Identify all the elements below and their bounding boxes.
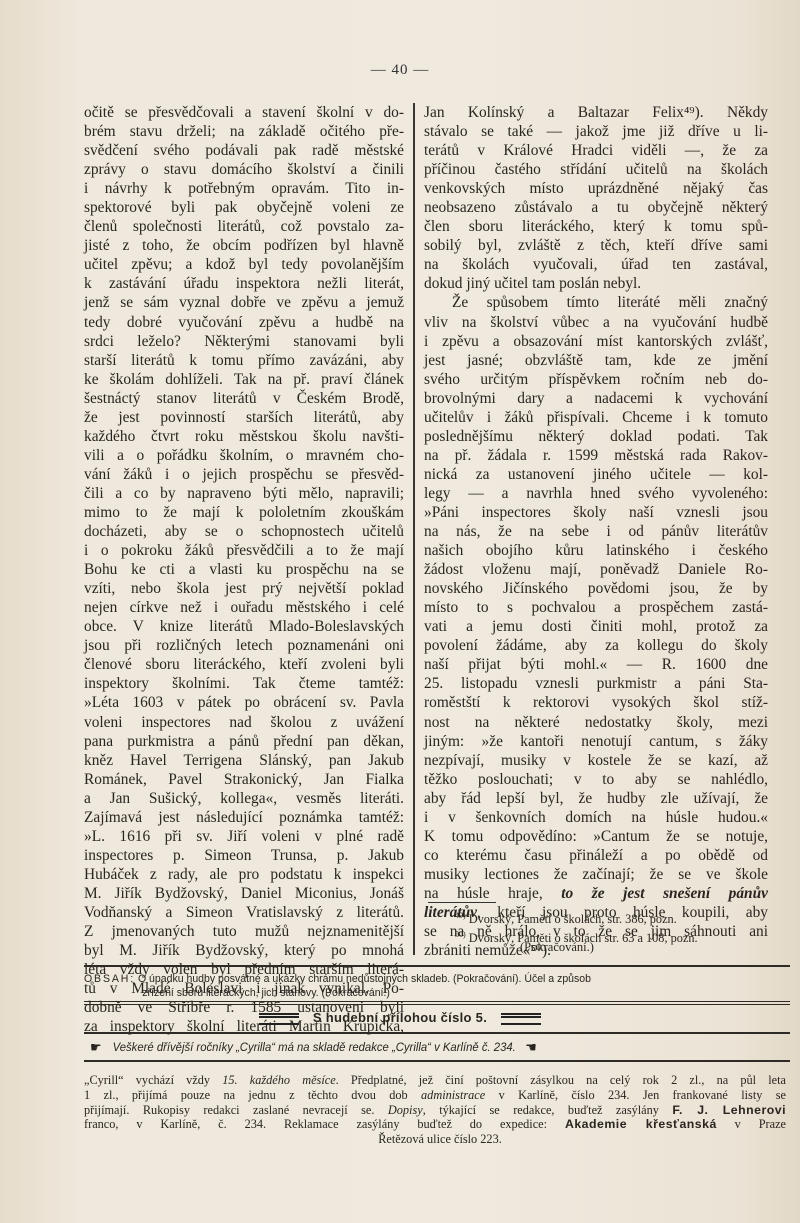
text-line: příčinou častého střídání učitelů na ško… (424, 160, 768, 179)
pointing-hand-left-icon: ☛ (525, 1039, 537, 1056)
text-line: Zajímavá jest následující poznámka tamté… (84, 808, 404, 827)
text-line: sobilý byl, zvláště z těch, kteří dříve … (424, 236, 768, 255)
text-line: terátů v Králové Hradci viděli —, že za (424, 141, 768, 160)
text-line: 25. listopadu vznesli purkmistr a páni S… (424, 674, 768, 693)
supplement-heading: S hudební přílohou číslo 5. (0, 1010, 800, 1025)
text-line: našich obojího kůru latinského i českého (424, 541, 768, 560)
column-divider (413, 103, 415, 955)
text-line: čili a co by napraveno býti mělo, naprav… (84, 484, 404, 503)
pointing-hand-right-icon: ☛ (90, 1039, 102, 1056)
text-line: brém stavu drželi; na základě očitého př… (84, 122, 404, 141)
text-line: nost na některé nedostatky školy, mezi (424, 713, 768, 732)
back-issues-notice: ☛Veškeré dřívější ročníky „Cyrilla“ má n… (90, 1039, 734, 1056)
text-line: inspektory školními. Tak čteme tamtéž: (84, 674, 404, 693)
text-line: neobsazeno zůstávalo a tu obyčejně někte… (424, 198, 768, 217)
divider-rule (84, 965, 790, 967)
text-line: i zpěvu a obsazování míst kantorských zv… (424, 332, 768, 351)
text-line: učitel zpěvu; a kdož byl tedy povolanějš… (84, 255, 404, 274)
text-line: k zastávání úřadu inspektora nežli liter… (84, 274, 404, 293)
text-line: místo to s pochvalou a prospěchem zastá- (424, 598, 768, 617)
text-line: očitě se přesvědčovali a stavení školní … (84, 103, 404, 122)
contents-label: OBSAH: (84, 973, 135, 985)
text-line: jenž se sám vyznal dobře ve zpěvu a jemu… (84, 293, 404, 312)
text-line: docházeti, aby se o schopnostech učitelů (84, 522, 404, 541)
divider-rule (84, 1001, 790, 1002)
text-line: Že spůsobem tímto literáté měli značný (424, 293, 768, 312)
ornament-bars (259, 1013, 299, 1025)
text-line: vili a o pořádku školním, o mravném cho- (84, 446, 404, 465)
imprint: „Cyrill“ vychází vždy 15. každého měsíce… (84, 1073, 786, 1147)
divider-rule (84, 1032, 790, 1034)
text-line: že jest povinností starších literátů, ab… (84, 408, 404, 427)
text-line: žádost vloženu mají, poněvadž Daniele Ro… (424, 560, 768, 579)
text-line: Z jmenovaných tuto mužů nejznamenitější (84, 922, 404, 941)
text-line: starší literátů k tomu přímo zavázáni, a… (84, 351, 404, 370)
text-line: Bohu ke cti a vlasti ku prospěchu na se (84, 560, 404, 579)
page-number: — 40 — (0, 62, 800, 79)
text-line: i o pokroku žáků přesvědčili a to že maj… (84, 541, 404, 560)
ornament-bars (501, 1013, 541, 1025)
text-line: pana purkmistra a pánů přední pan děkan, (84, 732, 404, 751)
text-line: jest jasné; obzvláště tam, kde ze jmění (424, 351, 768, 370)
text-line: šestnáctý stanov literátů v Českém Brodě… (84, 389, 404, 408)
text-line: Jan Kolínský a Baltazar Felix⁴⁹). Někdy (424, 103, 768, 122)
text-line: každého čtvrt roku městskou školu navšti… (84, 427, 404, 446)
text-line-italic: na húsle hraje, to že jest snešení pánův (424, 884, 768, 903)
text-line: naší přijat býti mohl.« — R. 1600 dne (424, 655, 768, 674)
text-line: Hubáček z rady, ale pro podstatu k inspe… (84, 865, 404, 884)
text-line: voleni inspectores nad školou z uvážení (84, 713, 404, 732)
text-line: brovolnými dary a nadacemi k vychování (424, 389, 768, 408)
text-line: roměstští k rektorovi vysokých škol stíž… (424, 693, 768, 712)
text-line: zprávy o stavu domácího školství a činil… (84, 160, 404, 179)
text-line: i v šenkovních domích na húsle hudou.« (424, 808, 768, 827)
text-line: jsou při rozličných letech poznamenáni o… (84, 636, 404, 655)
text-line: vati a jemu dosti činiti mohl, protož za (424, 617, 768, 636)
text-line: člen sboru literáckého, který k tomu spů… (424, 217, 768, 236)
text-line: stávalo se také — jakož jme již dříve u … (424, 122, 768, 141)
text-line: členové sboru literáckého, kteří zvoleni… (84, 655, 404, 674)
contents-box: OBSAH: O úpadku hudby posvátné a ukázky … (84, 972, 748, 1000)
text-line: tedy dobré vyučování zpěvu a hudbě na (84, 313, 404, 332)
text-line: na nás, že na sebe i od pánův literátův (424, 522, 768, 541)
divider-rule (84, 1060, 790, 1062)
text-line: těžko poslouchati; v to aby se nahlédlo, (424, 770, 768, 789)
text-line: svého určitým příspěvkem ročním neb do- (424, 370, 768, 389)
text-line: nejen církve než i ouřadu městského i ce… (84, 598, 404, 617)
text-line: venkovských místo uprázdněné nějaký čas (424, 179, 768, 198)
text-line: »L. 1616 při sv. Jiří voleni v plné radě (84, 827, 404, 846)
text-line: nická za ustanovení jiného učitele — kol… (424, 465, 768, 484)
text-line: »Páni inspectores školy naší vznesli jso… (424, 503, 768, 522)
text-line: M. Jiřík Bydžovský, Daniel Miconius, Jon… (84, 884, 404, 903)
text-line: vání žáků i o jejich prospěchu se přesvě… (84, 465, 404, 484)
text-line: kněz Havel Terrigena Slánský, pan Jakub (84, 751, 404, 770)
text-line: K tomu odpovědíno: »Cantum že se notuje, (424, 827, 768, 846)
text-line: byl M. Jiřík Bydžovský, který po mnohá (84, 941, 404, 960)
text-line: »Léta 1603 v pátek po obrácení sv. Pavla (84, 693, 404, 712)
text-line: povolení žádáme, aby za kollegu do školy (424, 636, 768, 655)
continuation-note: (Pokračování.) (520, 940, 720, 955)
text-line: co kterému času přináleží a po obědě od (424, 846, 768, 865)
text-line: na školách vyučovali, úřad ten zastával, (424, 255, 768, 274)
divider-rule (84, 1004, 790, 1005)
left-column: očitě se přesvědčovali a stavení školní … (84, 103, 404, 1036)
text-line: inspectores p. Simeon Trunsa, p. Jakub (84, 846, 404, 865)
text-line: Vodňanský a Simeon Vratislavský z literá… (84, 903, 404, 922)
text-line: vzíti, nebo škola jest prý největší pokl… (84, 579, 404, 598)
text-line: obce. V knize literátů Mlado-Boleslavský… (84, 617, 404, 636)
text-line: Románek, Pavel Strakonický, Jan Fialka (84, 770, 404, 789)
text-line: učitelův i žáků přispívali. Chceme i k t… (424, 408, 768, 427)
text-line: vliv na školství vůbec a na vyučování hu… (424, 313, 768, 332)
text-line: svědčení svého podávali pak radě městské (84, 141, 404, 160)
footnote-rule (428, 902, 496, 903)
text-line: jisté z toho, že obcím podřízen byl hlav… (84, 236, 404, 255)
text-line: dokud jiný učitel tam poslán nebyl. (424, 274, 768, 293)
text-line: a Jan Sušický, kollega«, vesměs literáti… (84, 789, 404, 808)
text-line: i návrhy k potřebným opravám. Tito in- (84, 179, 404, 198)
text-line: ke školám dohlíželi. Tak na př. praví čl… (84, 370, 404, 389)
text-line: mimo to že mají k pololetním zkouškám (84, 503, 404, 522)
text-line: aby řád lepší byl, že hudby zle užívají,… (424, 789, 768, 808)
text-line: členů společnosti literátů, což povstalo… (84, 217, 404, 236)
text-line: jiným: »že kantoři nenotují cantum, s žá… (424, 732, 768, 751)
text-line: nezpívají, musiky v kostele že se kazí, … (424, 751, 768, 770)
right-column: Jan Kolínský a Baltazar Felix⁴⁹). Někdys… (424, 103, 768, 960)
text-line: spektorové byli pak obyčejně voleni ze (84, 198, 404, 217)
footnote-49: 49) Dvorský, Paměti o školách, str. 386,… (455, 908, 785, 927)
text-line: na př. žádala r. 1599 městská rada Rakov… (424, 446, 768, 465)
text-line: novského Jičínského povědomi jsou, že by (424, 579, 768, 598)
text-line: musiky lectiones že začínají; že se ve š… (424, 865, 768, 884)
text-line: legy — a navrhla hned svého vyvoleného: (424, 484, 768, 503)
text-line: poslednějšímu některý doklad podati. Tak (424, 427, 768, 446)
text-line: srdci leželo? Některými stanovami byli (84, 332, 404, 351)
